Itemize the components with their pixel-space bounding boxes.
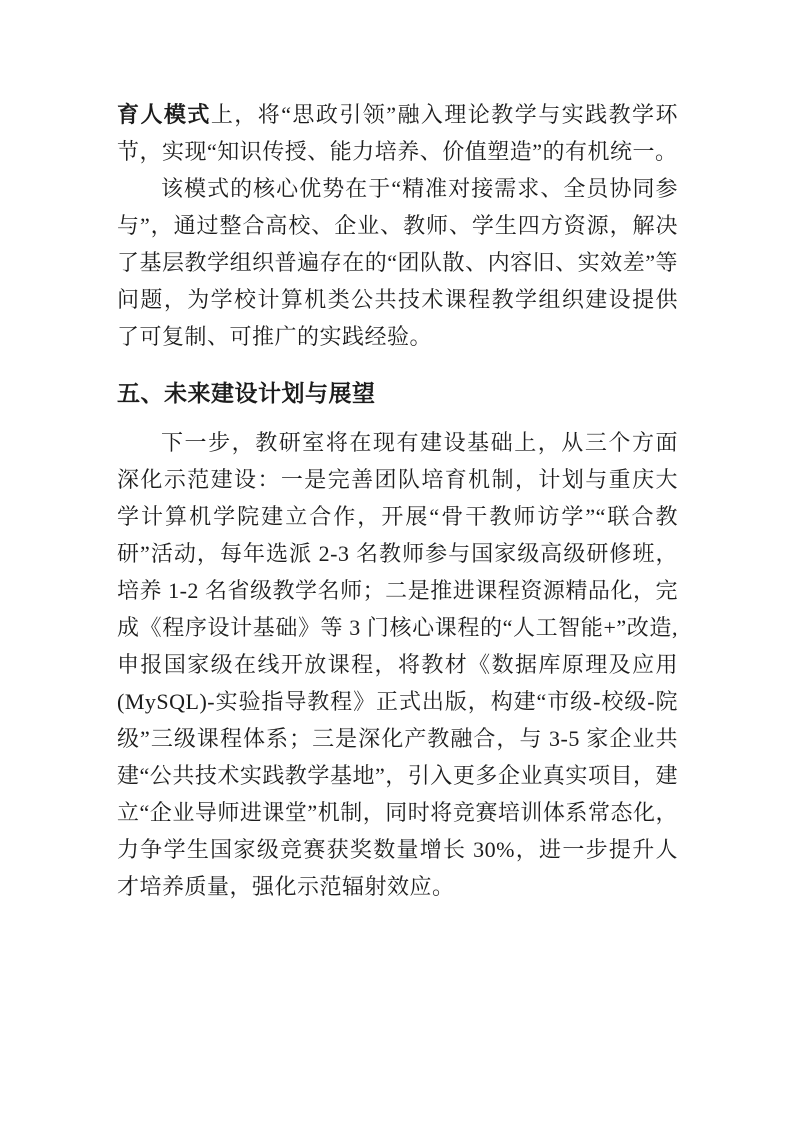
document-page: 育人模式上，将“思政引领”融入理论教学与实践教学环节，实现“知识传授、能力培养、… — [0, 0, 793, 1122]
paragraph-advantage: 该模式的核心优势在于“精准对接需求、全员协同参与”，通过整合高校、企业、教师、学… — [117, 170, 678, 355]
paragraph-continuation: 育人模式上，将“思政引领”融入理论教学与实践教学环节，实现“知识传授、能力培养、… — [117, 96, 678, 170]
paragraph-future-plan: 下一步，教研室将在现有建设基础上，从三个方面深化示范建设：一是完善团队培育机制，… — [117, 424, 678, 905]
section-heading: 五、未来建设计划与展望 — [117, 375, 678, 412]
paragraph-bold-lead: 育人模式 — [117, 102, 211, 127]
